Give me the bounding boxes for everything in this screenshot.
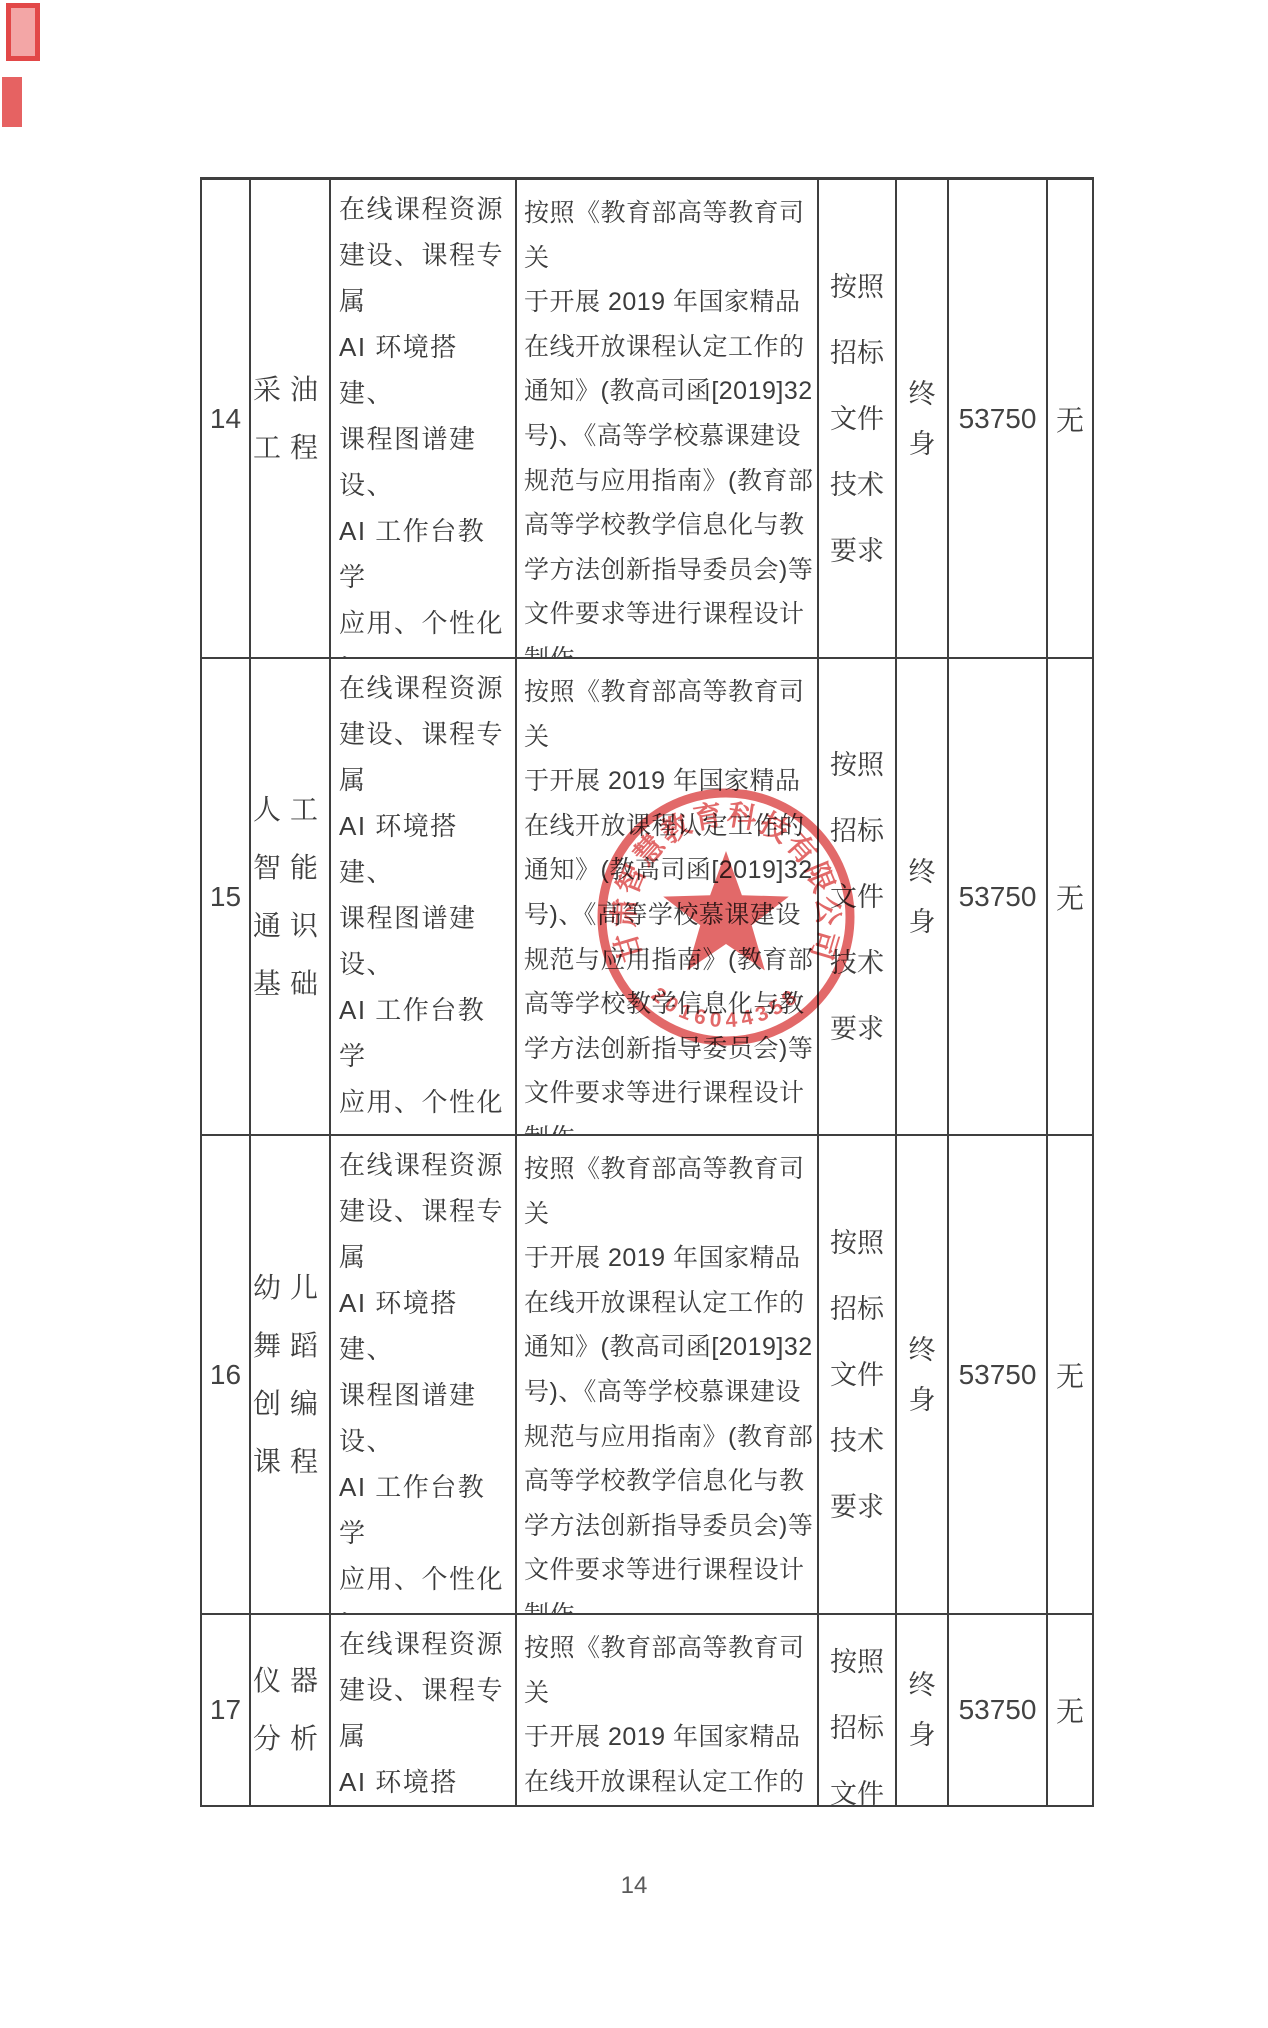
- service-term: 终 身: [897, 1615, 949, 1805]
- service-scope: 在线课程资源 建设、课程专属 AI 环境搭建、 课程图谱建设、 AI 工作台教学…: [331, 659, 517, 1136]
- table-row: 15 人工 智能 通识 基础 在线课程资源 建设、课程专属 AI 环境搭建、 课…: [202, 659, 1092, 1136]
- red-edge-mark: [6, 3, 40, 61]
- service-scope: 在线课程资源 建设、课程专属 AI 环境搭建、 课程图谱建设、 AI 工作台教学…: [331, 180, 517, 659]
- row-number: 15: [202, 659, 251, 1136]
- tech-requirement: 按照 招标 文件 技术 要求: [819, 1136, 897, 1615]
- red-edge-mark: [2, 77, 22, 127]
- tender-table: 14 采油 工程 在线课程资源 建设、课程专属 AI 环境搭建、 课程图谱建设、…: [200, 177, 1094, 1807]
- table-row: 14 采油 工程 在线课程资源 建设、课程专属 AI 环境搭建、 课程图谱建设、…: [202, 180, 1092, 659]
- remark: 无: [1048, 659, 1092, 1136]
- remark: 无: [1048, 1136, 1092, 1615]
- table-row: 17 仪器 分析 在线课程资源 建设、课程专属 AI 环境搭建、 课程图谱建设、…: [202, 1615, 1092, 1805]
- price-value: 53750: [949, 180, 1048, 659]
- tech-requirement: 按照 招标 文件 技术 要求: [819, 659, 897, 1136]
- course-name: 仪器 分析: [251, 1615, 331, 1805]
- build-requirement: 按照《教育部高等教育司关 于开展 2019 年国家精品 在线开放课程认定工作的 …: [517, 659, 819, 1136]
- row-number: 16: [202, 1136, 251, 1615]
- course-name: 人工 智能 通识 基础: [251, 659, 331, 1136]
- price-value: 53750: [949, 1615, 1048, 1805]
- remark: 无: [1048, 1615, 1092, 1805]
- build-requirement: 按照《教育部高等教育司关 于开展 2019 年国家精品 在线开放课程认定工作的 …: [517, 1136, 819, 1615]
- course-name: 采油 工程: [251, 180, 331, 659]
- remark: 无: [1048, 180, 1092, 659]
- row-number: 14: [202, 180, 251, 659]
- build-requirement: 按照《教育部高等教育司关 于开展 2019 年国家精品 在线开放课程认定工作的 …: [517, 180, 819, 659]
- service-term: 终 身: [897, 180, 949, 659]
- service-scope: 在线课程资源 建设、课程专属 AI 环境搭建、 课程图谱建设、: [331, 1615, 517, 1805]
- tech-requirement: 按照 招标 文件: [819, 1615, 897, 1805]
- price-value: 53750: [949, 1136, 1048, 1615]
- tech-requirement: 按照 招标 文件 技术 要求: [819, 180, 897, 659]
- service-term: 终 身: [897, 659, 949, 1136]
- table-row: 16 幼儿 舞蹈 创编 课程 在线课程资源 建设、课程专属 AI 环境搭建、 课…: [202, 1136, 1092, 1615]
- service-term: 终 身: [897, 1136, 949, 1615]
- build-requirement: 按照《教育部高等教育司关 于开展 2019 年国家精品 在线开放课程认定工作的 …: [517, 1615, 819, 1805]
- page-number: 14: [0, 1872, 1268, 1900]
- course-name: 幼儿 舞蹈 创编 课程: [251, 1136, 331, 1615]
- price-value: 53750: [949, 659, 1048, 1136]
- row-number: 17: [202, 1615, 251, 1805]
- service-scope: 在线课程资源 建设、课程专属 AI 环境搭建、 课程图谱建设、 AI 工作台教学…: [331, 1136, 517, 1615]
